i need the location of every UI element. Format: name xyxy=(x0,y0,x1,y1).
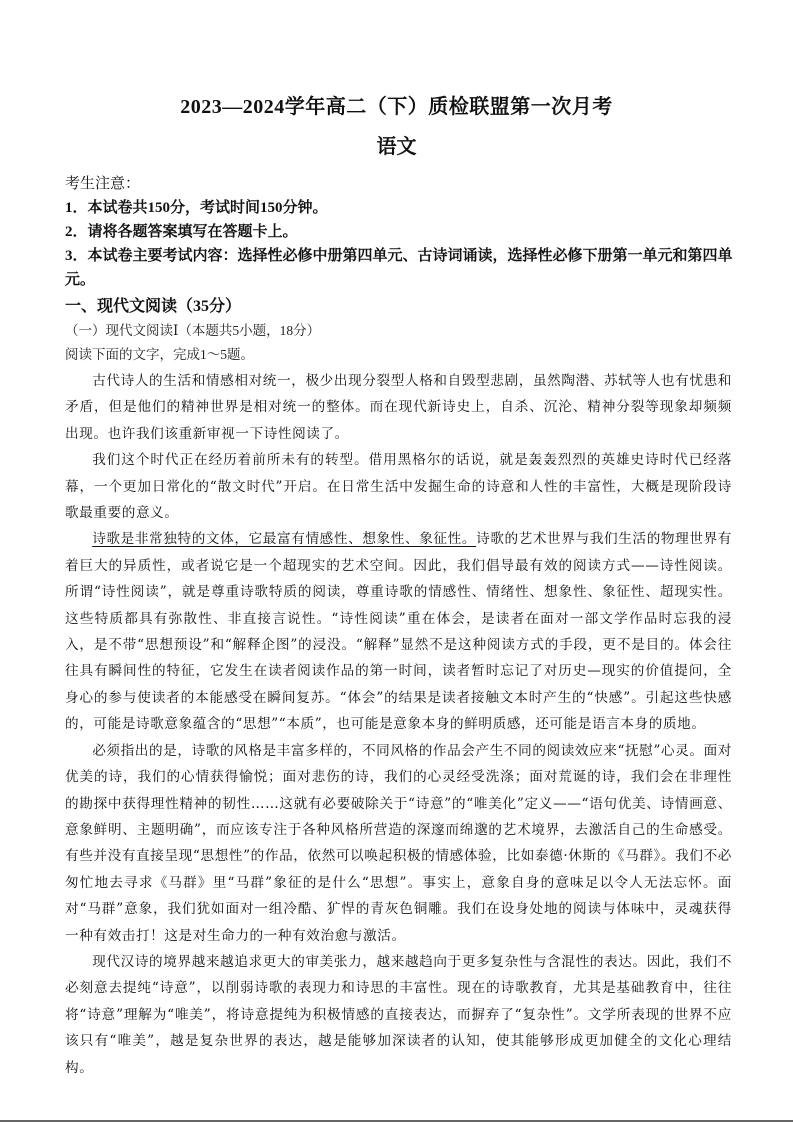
passage-paragraph: 古代诗人的生活和情感相对统一，极少出现分裂型人格和自毁型悲剧，虽然陶潜、苏轼等人… xyxy=(65,368,732,447)
section-heading: 一、现代文阅读（35分） xyxy=(65,296,241,318)
exam-title: 2023—2024学年高二（下）质检联盟第一次月考 xyxy=(0,90,793,119)
passage-paragraph: 现代汉诗的境界越来越追求更大的审美张力，越来越趋向于更多复杂性与含混性的表达。因… xyxy=(65,949,732,1081)
subsection-heading: （一）现代文阅读Ⅰ（本题共5小题，18分） xyxy=(65,321,320,341)
paragraph-text: 我们这个时代正在经历着前所未有的转型。借用黑格尔的话说，就是轰轰烈烈的英雄史诗时… xyxy=(65,452,732,521)
reading-instruction: 阅读下面的文字，完成1～5题。 xyxy=(65,345,254,365)
paragraph-text: 古代诗人的生活和情感相对统一，极少出现分裂型人格和自毁型悲剧，虽然陶潜、苏轼等人… xyxy=(65,373,732,442)
passage-paragraph: 必须指出的是，诗歌的风格是丰富多样的，不同风格的作品会产生不同的阅读效应来“抚慰… xyxy=(65,738,732,949)
underlined-sentence: 诗歌是非常独特的文体，它最富有情感性、想象性、象征性。 xyxy=(92,531,476,547)
notes-header: 考生注意： xyxy=(65,172,735,196)
paragraph-text: 诗歌的艺术世界与我们生活的物理世界有着巨大的异质性，或者说它是一个超现实的艺术空… xyxy=(65,531,732,732)
exam-page: 2023—2024学年高二（下）质检联盟第一次月考 语文 考生注意： 1．本试卷… xyxy=(0,0,793,1122)
paragraph-text: 现代汉诗的境界越来越追求更大的审美张力，越来越趋向于更多复杂性与含混性的表达。因… xyxy=(65,954,732,1076)
notes-item: 3．本试卷主要考试内容：选择性必修中册第四单元、古诗词诵读，选择性必修下册第一单… xyxy=(65,244,735,292)
notes-item: 1．本试卷共150分，考试时间150分钟。 xyxy=(65,196,735,220)
reading-passage: 古代诗人的生活和情感相对统一，极少出现分裂型人格和自毁型悲剧，虽然陶潜、苏轼等人… xyxy=(65,368,732,1081)
paragraph-text: 必须指出的是，诗歌的风格是丰富多样的，不同风格的作品会产生不同的阅读效应来“抚慰… xyxy=(65,743,732,944)
passage-paragraph: 诗歌是非常独特的文体，它最富有情感性、想象性、象征性。诗歌的艺术世界与我们生活的… xyxy=(65,526,732,737)
exam-subject: 语文 xyxy=(0,130,793,159)
passage-paragraph: 我们这个时代正在经历着前所未有的转型。借用黑格尔的话说，就是轰轰烈烈的英雄史诗时… xyxy=(65,447,732,526)
notes-item: 2．请将各题答案填写在答题卡上。 xyxy=(65,220,735,244)
candidate-notes: 考生注意： 1．本试卷共150分，考试时间150分钟。 2．请将各题答案填写在答… xyxy=(65,172,735,292)
